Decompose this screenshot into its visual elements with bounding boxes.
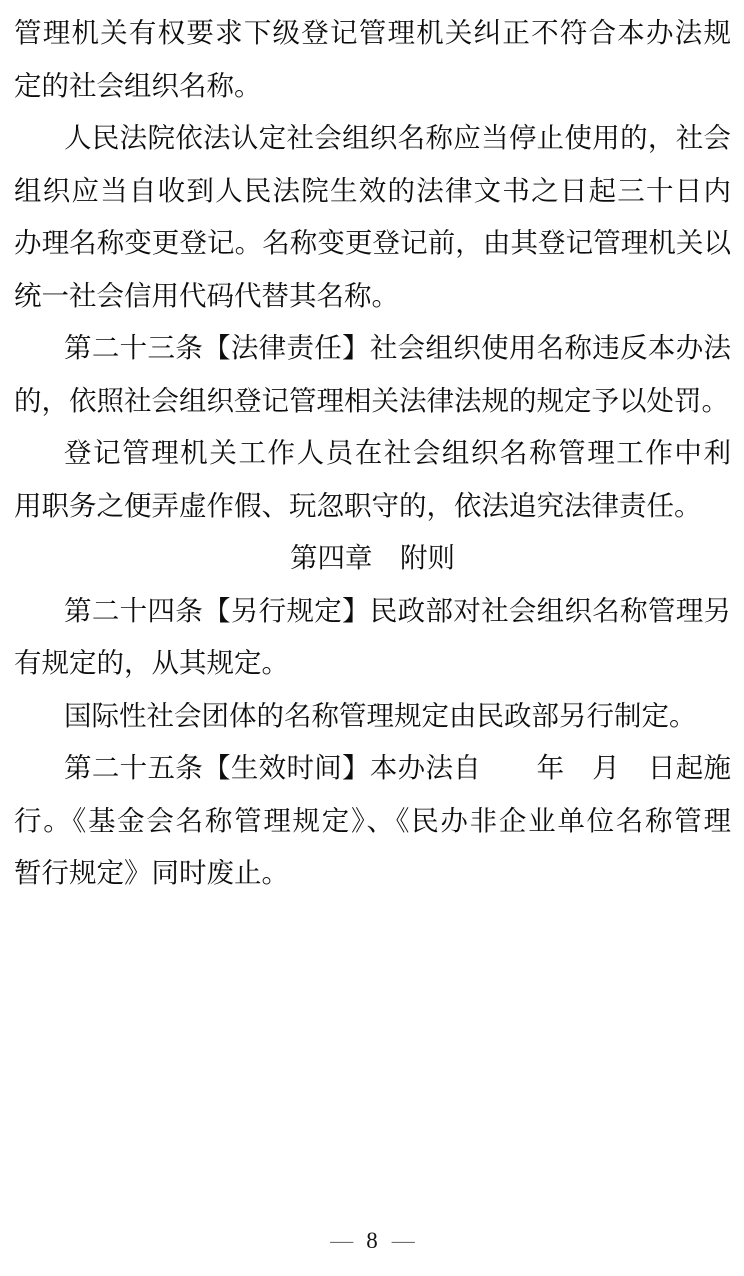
page-footer: —8— bbox=[0, 1228, 744, 1254]
article-25-line: 第二十五条【生效时间】本办法自 年 月 日起施 bbox=[14, 742, 731, 795]
body-line: 组织应当自收到人民法院生效的法律文书之日起三十日内 bbox=[14, 165, 731, 218]
page-number: 8 bbox=[366, 1228, 378, 1253]
chapter-heading: 第四章 附则 bbox=[14, 532, 731, 585]
body-line: 定的社会组织名称。 bbox=[14, 60, 731, 113]
body-line: 的，依照社会组织登记管理相关法律法规的规定予以处罚。 bbox=[14, 375, 731, 428]
body-line: 用职务之便弄虚作假、玩忽职守的，依法追究法律责任。 bbox=[14, 480, 731, 533]
body-line: 国际性社会团体的名称管理规定由民政部另行制定。 bbox=[14, 690, 731, 743]
article-23-line: 第二十三条【法律责任】社会组织使用名称违反本办法 bbox=[14, 322, 731, 375]
body-line: 有规定的，从其规定。 bbox=[14, 637, 731, 690]
body-line: 统一社会信用代码代替其名称。 bbox=[14, 270, 731, 323]
body-line: 办理名称变更登记。名称变更登记前，由其登记管理机关以 bbox=[14, 217, 731, 270]
document-page: 管理机关有权要求下级登记管理机关纠正不符合本办法规 定的社会组织名称。 人民法院… bbox=[0, 0, 744, 900]
article-24-line: 第二十四条【另行规定】民政部对社会组织名称管理另 bbox=[14, 585, 731, 638]
footer-dash-left: — bbox=[330, 1228, 352, 1253]
footer-dash-right: — bbox=[392, 1228, 414, 1253]
body-line: 管理机关有权要求下级登记管理机关纠正不符合本办法规 bbox=[14, 7, 731, 60]
body-line: 暂行规定》同时废止。 bbox=[14, 847, 731, 900]
body-line: 行。《基金会名称管理规定》、《民办非企业单位名称管理 bbox=[14, 795, 731, 848]
body-line: 登记管理机关工作人员在社会组织名称管理工作中利 bbox=[14, 427, 731, 480]
body-line: 人民法院依法认定社会组织名称应当停止使用的，社会 bbox=[14, 112, 731, 165]
